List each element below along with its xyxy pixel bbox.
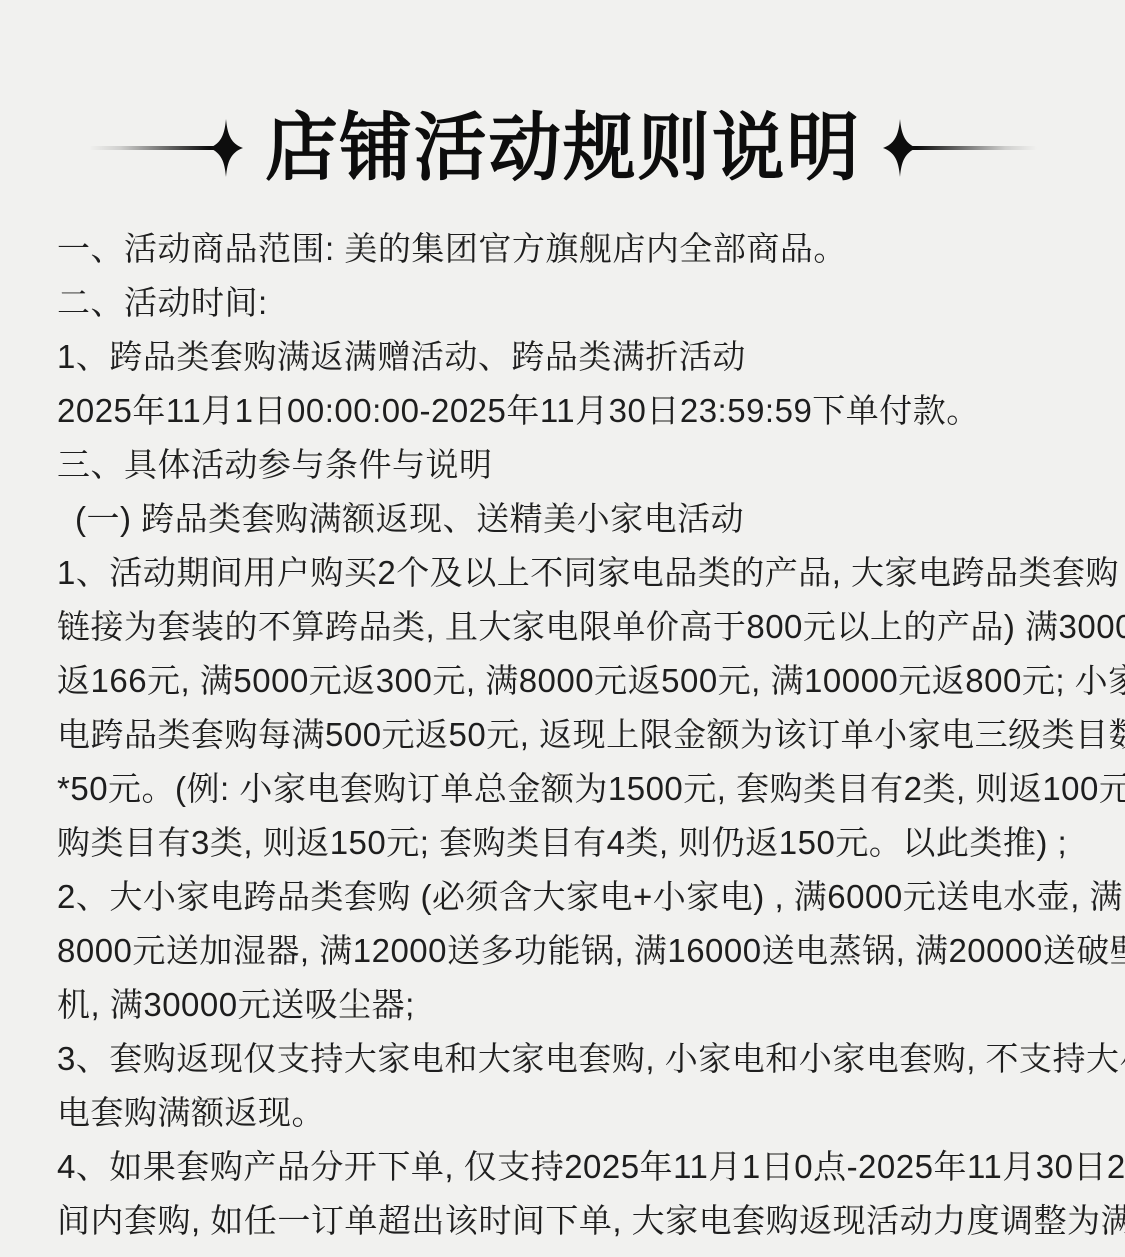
right-title-decoration: [883, 119, 1037, 177]
rules-text-line: 1、活动期间用户购买2个及以上不同家电品类的产品, 大家电跨品类套购 (商品: [57, 546, 1070, 600]
rules-text-line: 二、活动时间:: [57, 276, 1070, 330]
rules-text-line: *50元。(例: 小家电套购订单总金额为1500元, 套购类目有2类, 则返10…: [57, 762, 1070, 816]
right-tapered-line: [911, 146, 1037, 150]
rules-text-line: 电跨品类套购每满500元返50元, 返现上限金额为该订单小家电三级类目数: [57, 708, 1070, 762]
rules-text-line: 购类目有3类, 则返150元; 套购类目有4类, 则仍返150元。以此类推) ;: [57, 816, 1070, 870]
rules-text-line: 链接为套装的不算跨品类, 且大家电限单价高于800元以上的产品) 满3000元: [57, 600, 1070, 654]
rules-text-line: 4、如果套购产品分开下单, 仅支持2025年11月1日0点-2025年11月30…: [57, 1140, 1070, 1194]
rules-text-line: 电套购满额返现。: [57, 1086, 1070, 1140]
rules-text-line: 一、活动商品范围: 美的集团官方旗舰店内全部商品。: [57, 222, 1070, 276]
rules-text-line: 8000元送加湿器, 满12000送多功能锅, 满16000送电蒸锅, 满200…: [57, 924, 1070, 978]
rules-text-line: 2、大小家电跨品类套购 (必须含大家电+小家电) , 满6000元送电水壶, 满: [57, 870, 1070, 924]
rules-text-line: (一) 跨品类套购满额返现、送精美小家电活动: [57, 492, 1070, 546]
rules-text-line: 间内套购, 如任一订单超出该时间下单, 大家电套购返现活动力度调整为满: [57, 1194, 1070, 1248]
rules-text-line: 3、套购返现仅支持大家电和大家电套购, 小家电和小家电套购, 不支持大小家: [57, 1032, 1070, 1086]
rules-text-line: 返166元, 满5000元返300元, 满8000元返500元, 满10000元…: [57, 654, 1070, 708]
left-tapered-line: [89, 146, 215, 150]
rules-text-line: 三、具体活动参与条件与说明: [57, 438, 1070, 492]
rules-text-line: 2025年11月1日00:00:00-2025年11月30日23:59:59下单…: [57, 384, 1070, 438]
sparkle-icon: [209, 119, 243, 177]
promo-rules-page: 店铺活动规则说明 一、活动商品范围: 美的集团官方旗舰店内全部商品。二、活动时间…: [0, 0, 1125, 1257]
rules-body: 一、活动商品范围: 美的集团官方旗舰店内全部商品。二、活动时间:1、跨品类套购满…: [57, 222, 1070, 1248]
rules-text-line: 1、跨品类套购满返满赠活动、跨品类满折活动: [57, 330, 1070, 384]
page-title: 店铺活动规则说明: [265, 104, 861, 192]
rules-text-line: 机, 满30000元送吸尘器;: [57, 978, 1070, 1032]
page-header: 店铺活动规则说明: [0, 104, 1125, 192]
left-title-decoration: [89, 119, 243, 177]
